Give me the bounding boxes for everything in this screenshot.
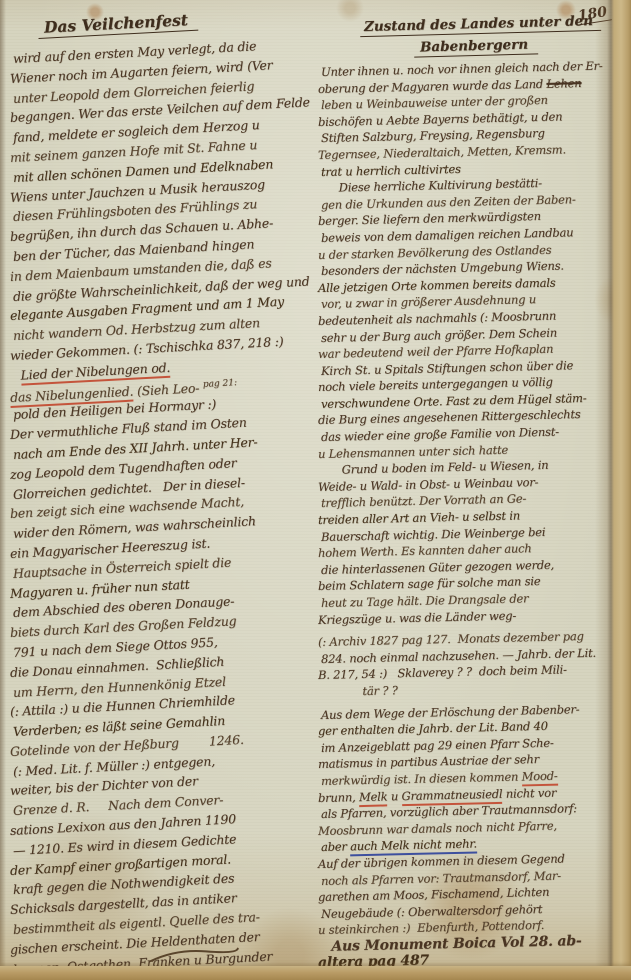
right-column-heading-line2: Babenbergern (414, 36, 539, 57)
left-column: Das Veilchenfest wird auf den ersten May… (10, 12, 312, 979)
right-column-text: Unter ihnen u. noch vor ihnen gleich nac… (318, 64, 610, 972)
right-column: Zustand des Landes unter den Babenberger… (318, 8, 610, 972)
page-bottom-edge (0, 966, 631, 980)
ink-flourish (148, 946, 240, 962)
left-column-heading: Das Veilchenfest (37, 10, 198, 39)
right-column-heading-line1: Zustand des Landes unter den (360, 13, 601, 37)
left-column-text: wird auf den ersten May verlegt, da dieW… (10, 49, 312, 979)
page-fore-edge (595, 0, 631, 980)
manuscript-page: 180 Das Veilchenfest wird auf den ersten… (0, 0, 631, 980)
